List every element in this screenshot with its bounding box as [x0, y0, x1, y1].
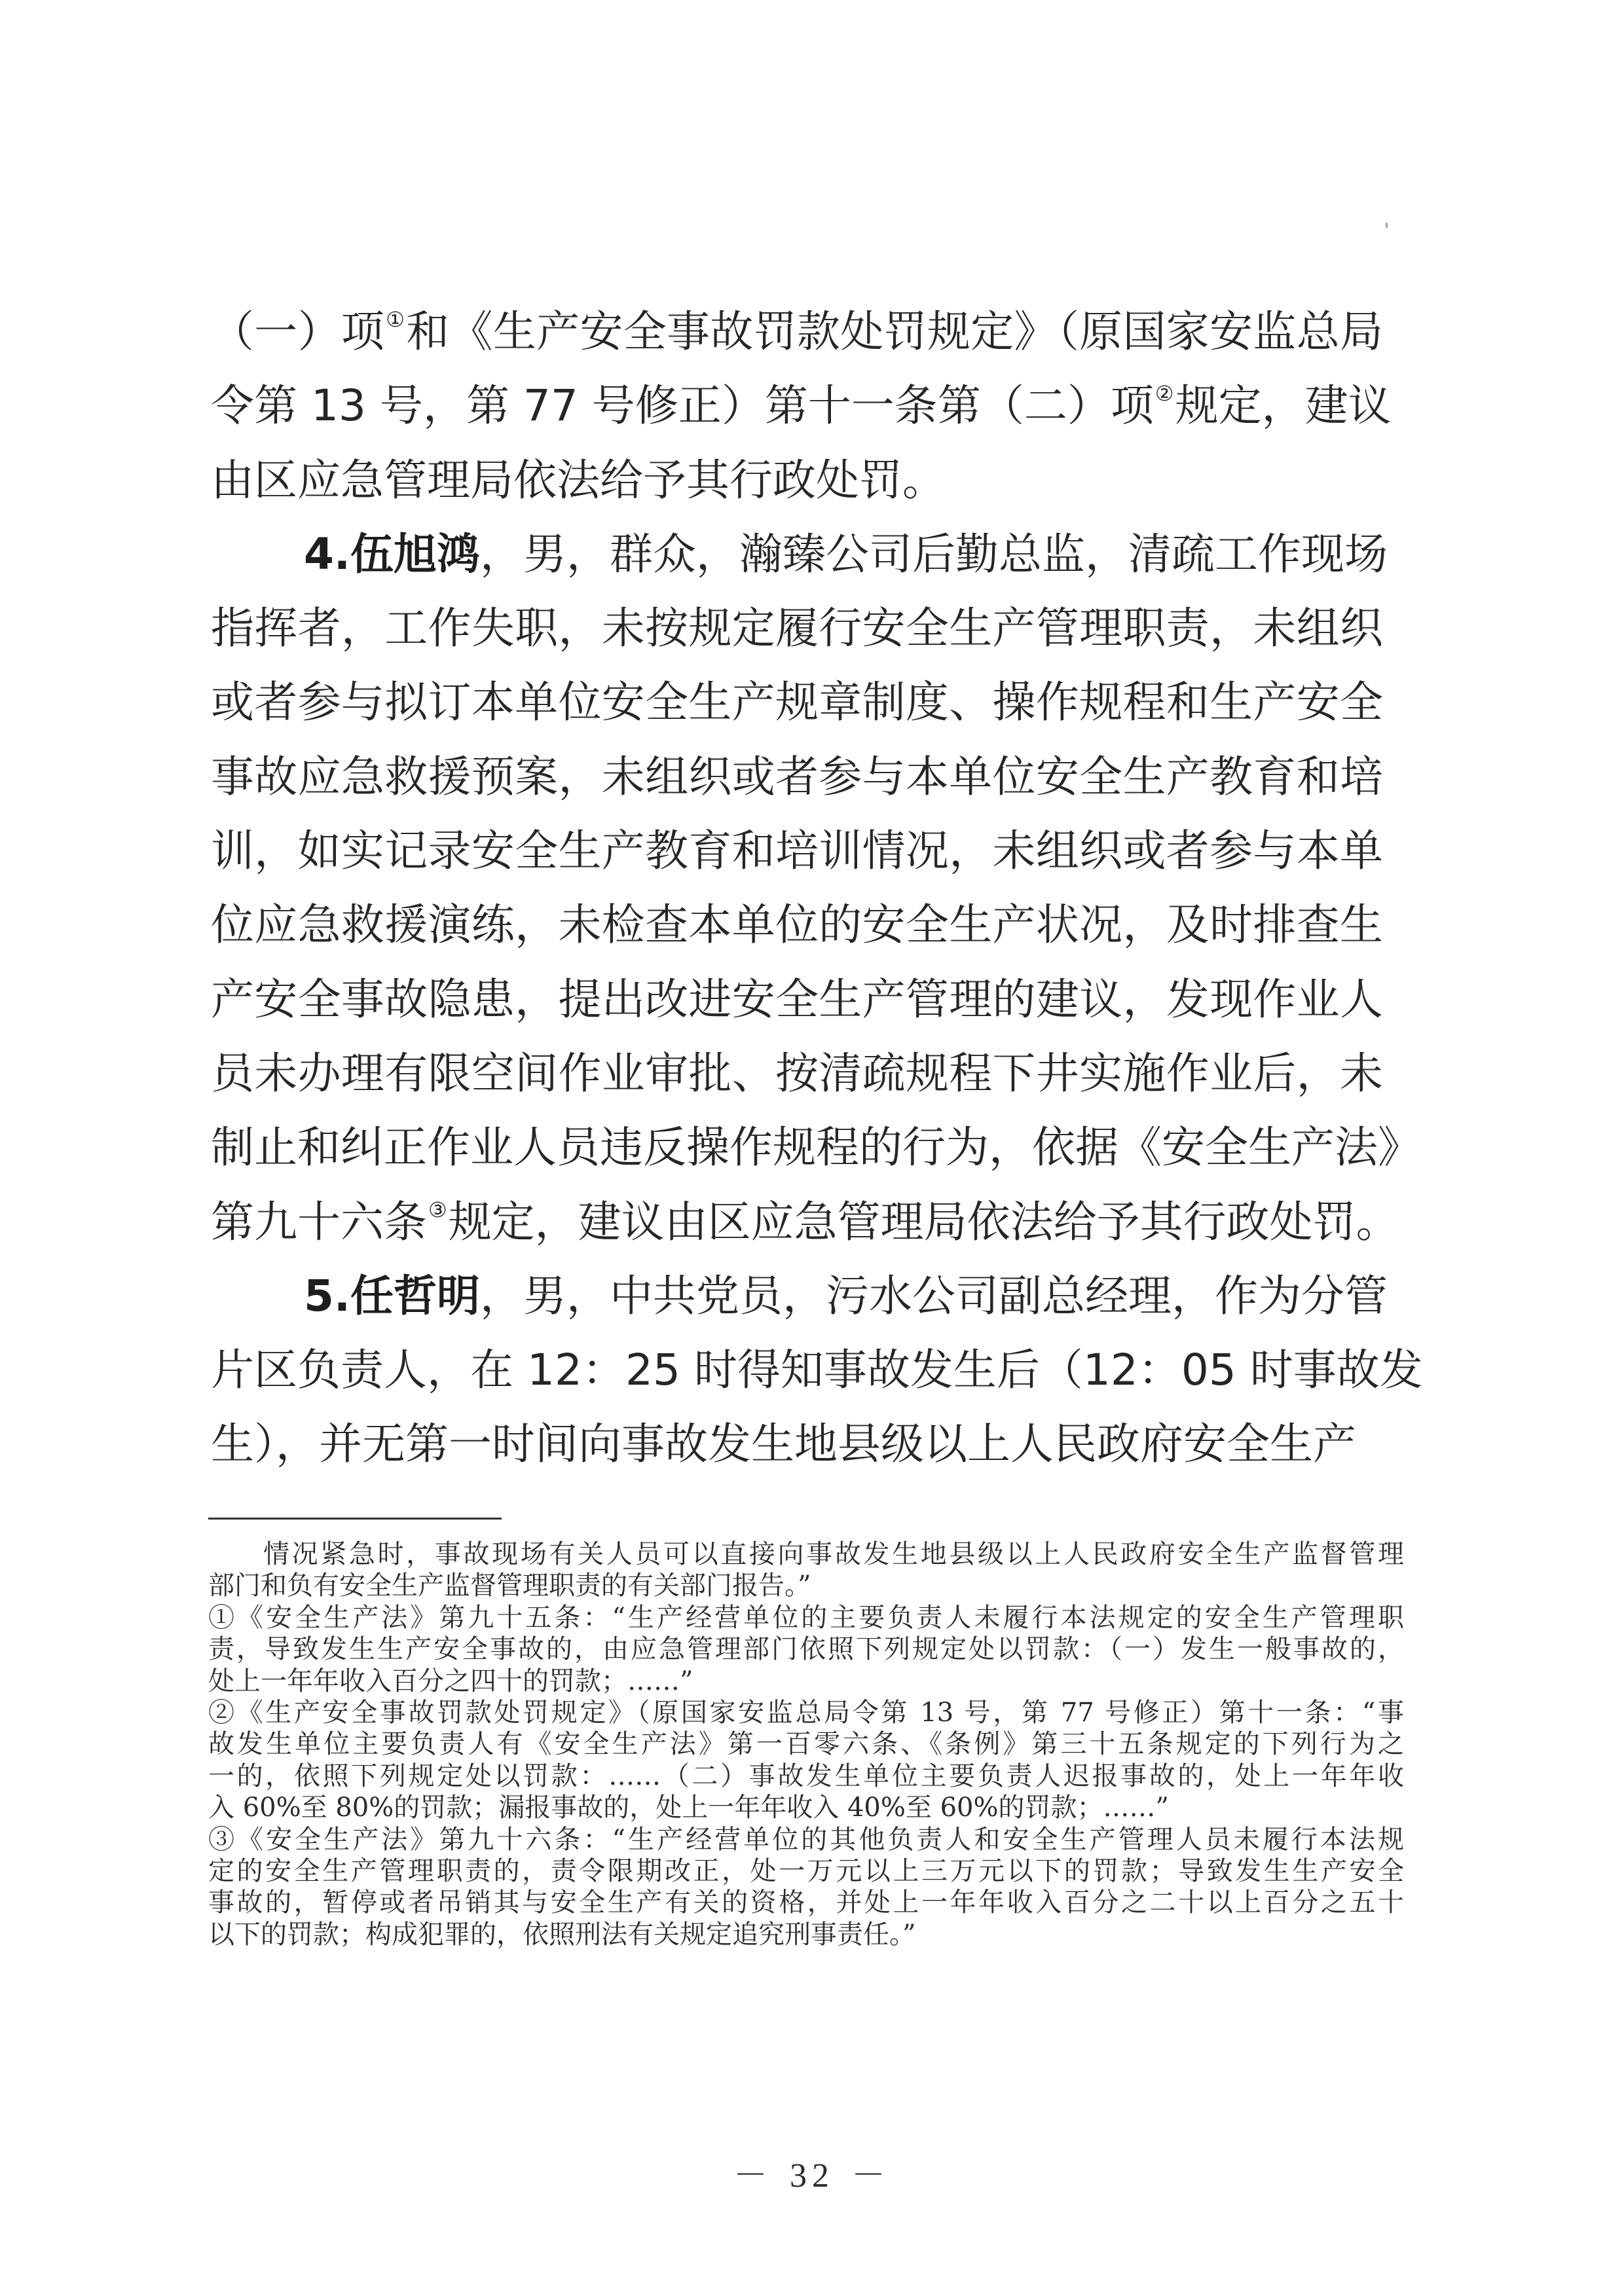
footnote-line: 以下的罚款；构成犯罪的，依照刑法有关规定追究刑事责任。”	[208, 1919, 1404, 1950]
footnotes: 情况紧急时，事故现场有关人员可以直接向事故发生地县级以上人民政府安全生产监督管理…	[208, 1539, 1404, 1950]
footnote-line: ②《生产安全事故罚款处罚规定》（原国家安监总局令第 13 号，第 77 号修正）…	[208, 1697, 1404, 1728]
body-text-run: 或者参与拟订本单位安全生产规章制度、操作规程和生产安全	[211, 677, 1383, 727]
footnote-line: ③《安全生产法》第九十六条：“生产经营单位的其他负责人和安全生产管理人员未履行本…	[208, 1824, 1404, 1855]
body-text-run: ，男，群众，瀚臻公司后勤总监，清疏工作现场	[480, 529, 1388, 579]
body-line: 第九十六条③规定，建议由区应急管理局依法给予其行政处罚。	[211, 1185, 1383, 1259]
footnote-line: 故发生单位主要负责人有《安全生产法》第一百零六条、《条例》第三十五条规定的下列行…	[208, 1728, 1404, 1760]
body-text-run: （一）项	[211, 306, 384, 357]
body-line: 事故应急救援预案，未组织或者参与本单位安全生产教育和培	[211, 740, 1383, 814]
footnote-line: 事故的，暂停或者吊销其与安全生产有关的资格，并处上一年年收入百分之二十以上百分之…	[208, 1887, 1404, 1918]
body-text-run: ，男，中共党员，污水公司副总经理，作为分管	[480, 1271, 1388, 1321]
body-text-run: 由区应急管理局依法给予其行政处罚。	[211, 455, 946, 505]
body-line: 片区负责人，在 12：25 时得知事故发生后（12：05 时事故发	[211, 1333, 1383, 1407]
body-line: 生），并无第一时间向事故发生地县级以上人民政府安全生产	[211, 1407, 1383, 1481]
body-line: 由区应急管理局依法给予其行政处罚。	[211, 443, 1383, 517]
body-text-run: 片区负责人，在 12：25 时得知事故发生后（12：05 时事故发	[211, 1345, 1423, 1395]
footnote-marker: ①	[386, 307, 405, 332]
footnote-line: 处上一年年收入百分之四十的罚款；……”	[208, 1666, 1404, 1697]
body-text: （一）项①和《生产安全事故罚款处罚规定》（原国家安监总局令第 13 号，第 77…	[211, 295, 1383, 1482]
person-heading: 5.任哲明	[304, 1271, 480, 1321]
body-text-run: 位应急救援演练，未检查本单位的安全生产状况，及时排查生	[211, 900, 1383, 950]
person-heading: 4.伍旭鸿	[304, 529, 480, 579]
document-page: （一）项①和《生产安全事故罚款处罚规定》（原国家安监总局令第 13 号，第 77…	[0, 0, 1624, 2296]
footnote-separator	[208, 1518, 502, 1520]
body-line: 训，如实记录安全生产教育和培训情况，未组织或者参与本单	[211, 814, 1383, 888]
body-line: 产安全事故隐患，提出改进安全生产管理的建议，发现作业人	[211, 962, 1383, 1036]
footnote-marker: ②	[1155, 381, 1174, 406]
body-text-run: 令第 13 号，第 77 号修正）第十一条第（二）项	[211, 380, 1154, 431]
footnote-line: 部门和负有安全生产监督管理职责的有关部门报告。”	[208, 1570, 1404, 1601]
footnote-line: 一的，依照下列规定处以罚款：……（二）事故发生单位主要负责人迟报事故的，处上一年…	[208, 1760, 1404, 1792]
body-line: 令第 13 号，第 77 号修正）第十一条第（二）项②规定，建议	[211, 369, 1383, 443]
body-text-run: 规定，建议由区应急管理局依法给予其行政处罚。	[449, 1197, 1399, 1247]
body-line: 位应急救援演练，未检查本单位的安全生产状况，及时排查生	[211, 888, 1383, 962]
footnote-line: ①《安全生产法》第九十五条：“生产经营单位的主要负责人未履行本法规定的安全生产管…	[208, 1602, 1404, 1633]
footnote-line: 情况紧急时，事故现场有关人员可以直接向事故发生地县级以上人民政府安全生产监督管理	[208, 1539, 1404, 1570]
footnote-line: 定的安全生产管理职责的，责令限期改正，处一万元以上三万元以下的罚款；导致发生生产…	[208, 1855, 1404, 1887]
body-text-run: 训，如实记录安全生产教育和培训情况，未组织或者参与本单	[211, 826, 1383, 876]
page-number: －32－	[0, 2147, 1624, 2196]
body-text-run: 第九十六条	[211, 1197, 427, 1247]
footnote-line: 责，导致发生生产安全事故的，由应急管理部门依照下列规定处以罚款：（一）发生一般事…	[208, 1633, 1404, 1665]
body-line: 5.任哲明，男，中共党员，污水公司副总经理，作为分管	[211, 1259, 1383, 1333]
page-number-dash-left: －	[733, 2157, 773, 2195]
body-line: （一）项①和《生产安全事故罚款处罚规定》（原国家安监总局	[211, 295, 1383, 369]
footnote-marker: ③	[428, 1197, 447, 1222]
body-text-run: 员未办理有限空间作业审批、按清疏规程下井实施作业后，未	[211, 1048, 1383, 1099]
page-number-dash-right: －	[851, 2157, 891, 2195]
body-line: 或者参与拟订本单位安全生产规章制度、操作规程和生产安全	[211, 665, 1383, 739]
body-text-run: 指挥者，工作失职，未按规定履行安全生产管理职责，未组织	[211, 603, 1383, 653]
body-line: 员未办理有限空间作业审批、按清疏规程下井实施作业后，未	[211, 1036, 1383, 1110]
body-line: 4.伍旭鸿，男，群众，瀚臻公司后勤总监，清疏工作现场	[211, 517, 1383, 591]
body-text-run: 和《生产安全事故罚款处罚规定》（原国家安监总局	[406, 306, 1383, 357]
body-text-run: 事故应急救援预案，未组织或者参与本单位安全生产教育和培	[211, 752, 1383, 802]
page-number-value: 32	[790, 2157, 834, 2195]
body-text-run: 规定，建议	[1175, 380, 1392, 431]
body-text-run: 生），并无第一时间向事故发生地县级以上人民政府安全生产	[211, 1419, 1356, 1469]
body-line: 制止和纠正作业人员违反操作规程的行为，依据《安全生产法》	[211, 1110, 1383, 1184]
body-line: 指挥者，工作失职，未按规定履行安全生产管理职责，未组织	[211, 591, 1383, 665]
scan-speck	[1386, 223, 1388, 228]
footnote-line: 入 60%至 80%的罚款；漏报事故的，处上一年年收入 40%至 60%的罚款；…	[208, 1792, 1404, 1823]
body-text-run: 产安全事故隐患，提出改进安全生产管理的建议，发现作业人	[211, 974, 1383, 1025]
body-text-run: 制止和纠正作业人员违反操作规程的行为，依据《安全生产法》	[211, 1122, 1421, 1173]
